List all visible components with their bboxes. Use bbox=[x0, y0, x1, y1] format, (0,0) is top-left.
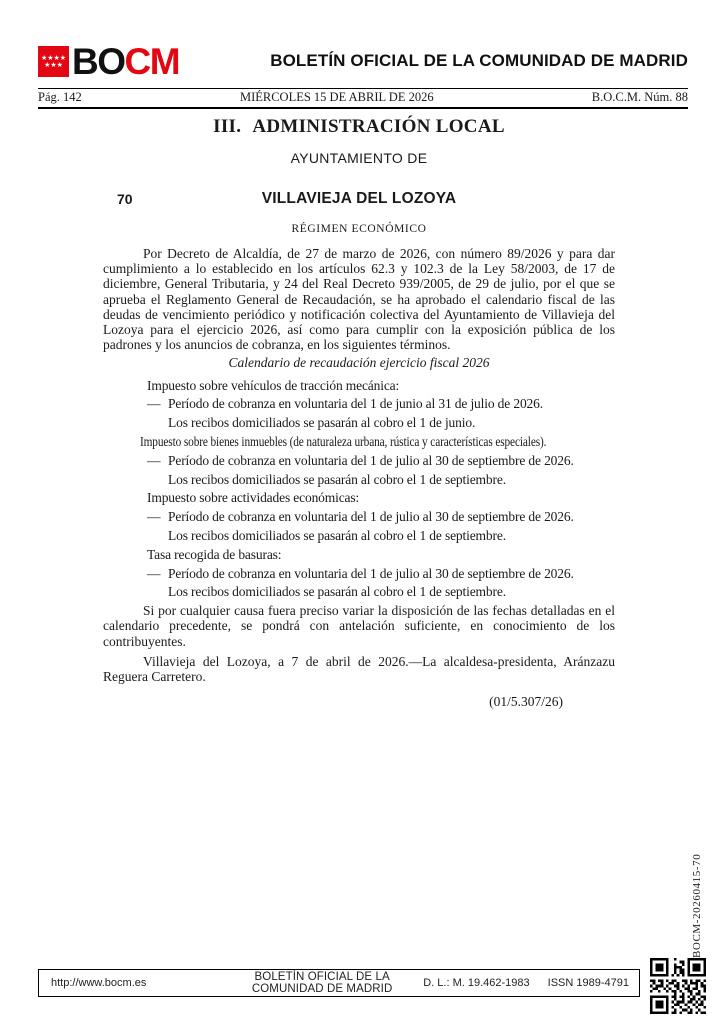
legal-deposit-label: D. L.: M. 19.462-1983 bbox=[423, 977, 529, 989]
tax-item-note: Los recibos domiciliados se pasarán al c… bbox=[103, 415, 615, 430]
tax-item: Impuesto sobre actividades económicas: —… bbox=[103, 490, 615, 543]
tax-item-heading: Impuesto sobre actividades económicas: bbox=[103, 490, 615, 505]
section-number: III. bbox=[213, 116, 241, 138]
tax-item-period: —Período de cobranza en voluntaria del 1… bbox=[103, 566, 615, 581]
tax-item-heading: Impuesto sobre bienes inmuebles (de natu… bbox=[103, 434, 533, 449]
intro-paragraph: Por Decreto de Alcaldía, de 27 de marzo … bbox=[103, 246, 615, 352]
reference-code: (01/5.307/26) bbox=[103, 694, 615, 709]
tax-item-heading: Tasa recogida de basuras: bbox=[103, 547, 615, 562]
section-title: ADMINISTRACIÓN LOCAL bbox=[252, 116, 505, 138]
header-top: ★★★★ ★★★ BOCM BOLETÍN OFICIAL DE LA COMU… bbox=[38, 38, 688, 84]
section-heading: III. ADMINISTRACIÓN LOCAL bbox=[103, 116, 615, 138]
tax-calendar-list: Impuesto sobre vehículos de tracción mec… bbox=[103, 378, 615, 600]
dash-bullet: — bbox=[147, 566, 168, 581]
municipality-row: 70 VILLAVIEJA DEL LOZOYA bbox=[103, 190, 615, 208]
announcement-number: 70 bbox=[117, 190, 133, 208]
issn-label: ISSN 1989-4791 bbox=[548, 977, 629, 989]
tax-item-note: Los recibos domiciliados se pasarán al c… bbox=[103, 528, 615, 543]
madrid-flag-icon: ★★★★ ★★★ bbox=[38, 46, 69, 77]
logo-cm: CM bbox=[125, 46, 180, 77]
issue-date-label: MIÉRCOLES 15 DE ABRIL DE 2026 bbox=[240, 90, 434, 105]
logo-bo: BO bbox=[72, 46, 125, 77]
calendar-title: Calendario de recaudación ejercicio fisc… bbox=[103, 355, 615, 370]
municipality-name: VILLAVIEJA DEL LOZOYA bbox=[103, 190, 615, 208]
qr-code-icon bbox=[650, 958, 706, 1014]
tax-item-heading: Impuesto sobre vehículos de tracción mec… bbox=[103, 378, 615, 393]
footer-bar: http://www.bocm.es BOLETÍN OFICIAL DE LA… bbox=[38, 969, 640, 997]
logo-wordmark: BOCM bbox=[72, 46, 179, 77]
dash-bullet: — bbox=[147, 396, 168, 411]
tax-item-note: Los recibos domiciliados se pasarán al c… bbox=[103, 584, 615, 599]
tax-item-period-text: Período de cobranza en voluntaria del 1 … bbox=[168, 396, 543, 411]
tax-item-note: Los recibos domiciliados se pasarán al c… bbox=[103, 472, 615, 487]
tax-item: Impuesto sobre bienes inmuebles (de natu… bbox=[103, 434, 615, 487]
page-header: ★★★★ ★★★ BOCM BOLETÍN OFICIAL DE LA COMU… bbox=[38, 38, 688, 109]
org-heading: AYUNTAMIENTO DE bbox=[103, 151, 615, 166]
tax-item-period-text: Período de cobranza en voluntaria del 1 … bbox=[168, 453, 574, 468]
flag-stars-row: ★★★ bbox=[44, 62, 63, 69]
tax-item-period: —Período de cobranza en voluntaria del 1… bbox=[103, 396, 615, 411]
category-heading: RÉGIMEN ECONÓMICO bbox=[103, 223, 615, 235]
tax-item: Tasa recogida de basuras: —Período de co… bbox=[103, 547, 615, 600]
vertical-document-code: BOCM-20260415-70 bbox=[690, 838, 704, 958]
header-rule-thick bbox=[38, 107, 688, 109]
tax-item-period: —Período de cobranza en voluntaria del 1… bbox=[103, 453, 615, 468]
tax-item-period-text: Período de cobranza en voluntaria del 1 … bbox=[168, 566, 574, 581]
page-number-label: Pág. 142 bbox=[38, 90, 82, 105]
document-body: III. ADMINISTRACIÓN LOCAL AYUNTAMIENTO D… bbox=[103, 116, 615, 709]
bulletin-title: BOLETÍN OFICIAL DE LA COMUNIDAD DE MADRI… bbox=[270, 51, 688, 71]
bocm-url-link[interactable]: http://www.bocm.es bbox=[51, 977, 221, 989]
dash-bullet: — bbox=[147, 453, 168, 468]
signature-paragraph: Villavieja del Lozoya, a 7 de abril de 2… bbox=[103, 654, 615, 684]
closing-paragraph: Si por cualquier causa fuera preciso var… bbox=[103, 603, 615, 649]
dash-bullet: — bbox=[147, 509, 168, 524]
issue-number-label: B.O.C.M. Núm. 88 bbox=[592, 90, 688, 105]
header-info-row: Pág. 142 MIÉRCOLES 15 DE ABRIL DE 2026 B… bbox=[38, 89, 688, 107]
footer-bulletin-title: BOLETÍN OFICIAL DE LA COMUNIDAD DE MADRI… bbox=[239, 971, 405, 995]
tax-item: Impuesto sobre vehículos de tracción mec… bbox=[103, 378, 615, 431]
bocm-logo: ★★★★ ★★★ BOCM bbox=[38, 46, 179, 77]
bocm-page: ★★★★ ★★★ BOCM BOLETÍN OFICIAL DE LA COMU… bbox=[0, 0, 724, 1024]
tax-item-period: —Período de cobranza en voluntaria del 1… bbox=[103, 509, 615, 524]
tax-item-period-text: Período de cobranza en voluntaria del 1 … bbox=[168, 509, 574, 524]
